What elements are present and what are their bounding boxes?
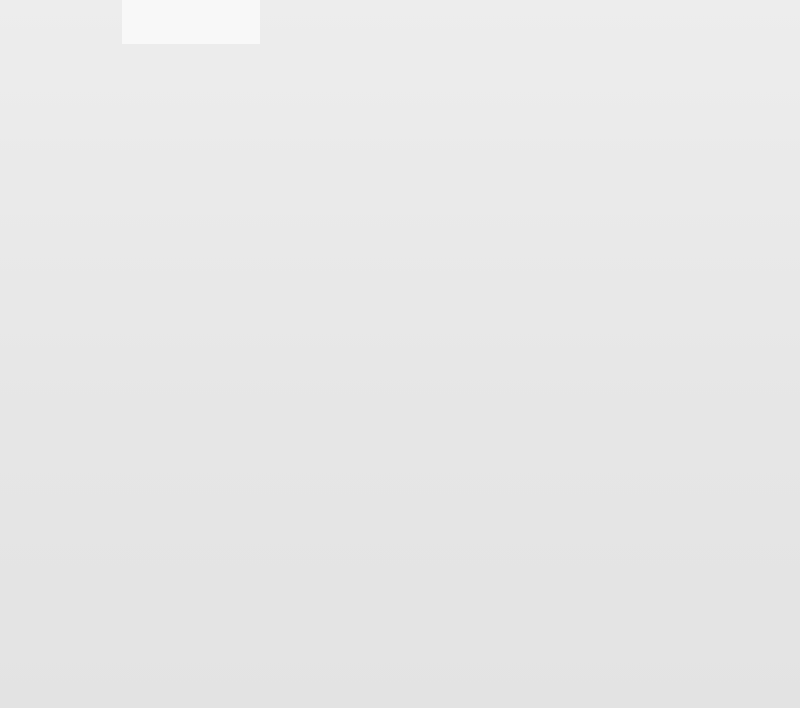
death-certificate [0,0,800,708]
annotation-slip-outer [122,0,260,44]
